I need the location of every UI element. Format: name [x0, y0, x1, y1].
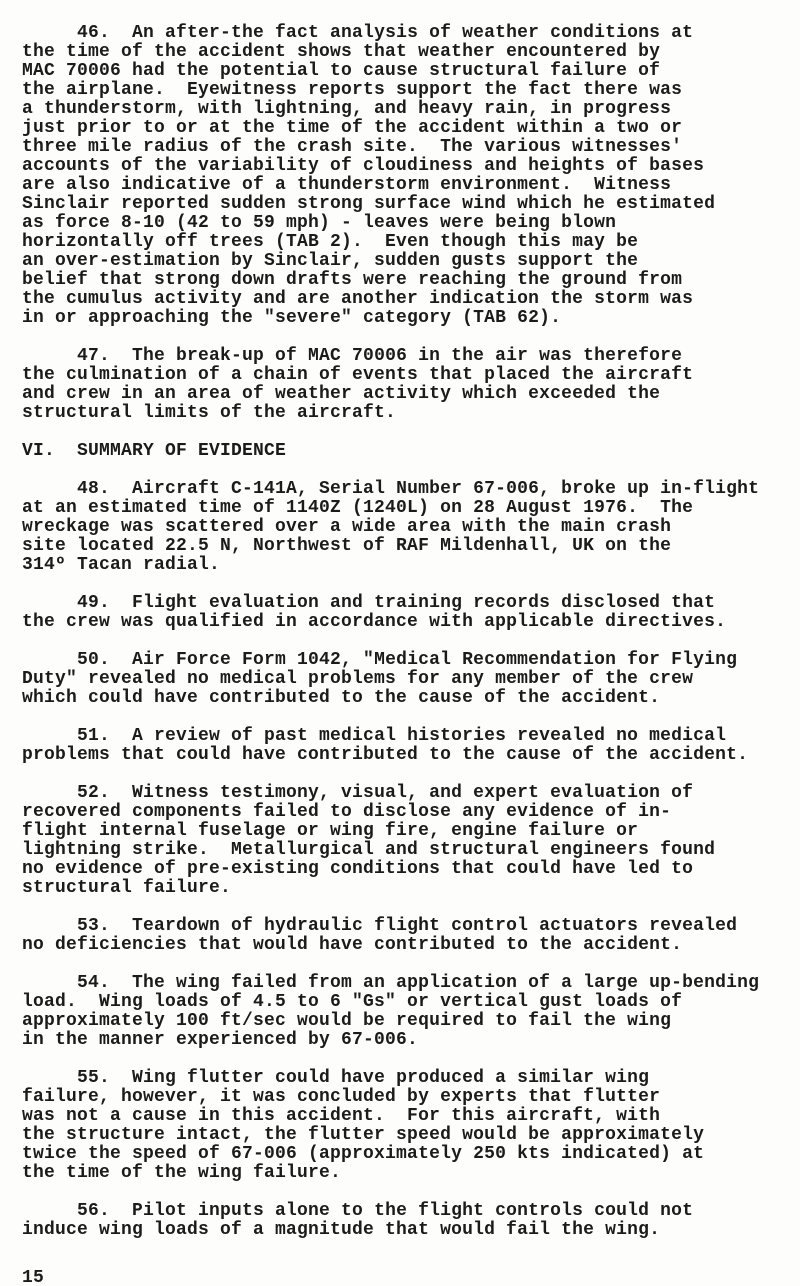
- paragraph-47: 47. The break-up of MAC 70006 in the air…: [22, 347, 792, 423]
- paragraph-49: 49. Flight evaluation and training recor…: [22, 594, 792, 632]
- paragraph-53: 53. Teardown of hydraulic flight control…: [22, 917, 792, 955]
- paragraph-52: 52. Witness testimony, visual, and exper…: [22, 784, 792, 898]
- paragraph-54: 54. The wing failed from an application …: [22, 974, 792, 1050]
- paragraph-56: 56. Pilot inputs alone to the flight con…: [22, 1202, 792, 1240]
- paragraph-51: 51. A review of past medical histories r…: [22, 727, 792, 765]
- scanned-document-page: 46. An after-the fact analysis of weathe…: [0, 0, 800, 1286]
- paragraph-46: 46. An after-the fact analysis of weathe…: [22, 24, 792, 328]
- paragraph-48: 48. Aircraft C-141A, Serial Number 67-00…: [22, 480, 792, 575]
- section-heading-vi: VI. SUMMARY OF EVIDENCE: [22, 442, 792, 461]
- document-body: 46. An after-the fact analysis of weathe…: [22, 24, 792, 1259]
- paragraph-50: 50. Air Force Form 1042, "Medical Recomm…: [22, 651, 792, 708]
- page-number: 15: [22, 1269, 44, 1286]
- paragraph-55: 55. Wing flutter could have produced a s…: [22, 1069, 792, 1183]
